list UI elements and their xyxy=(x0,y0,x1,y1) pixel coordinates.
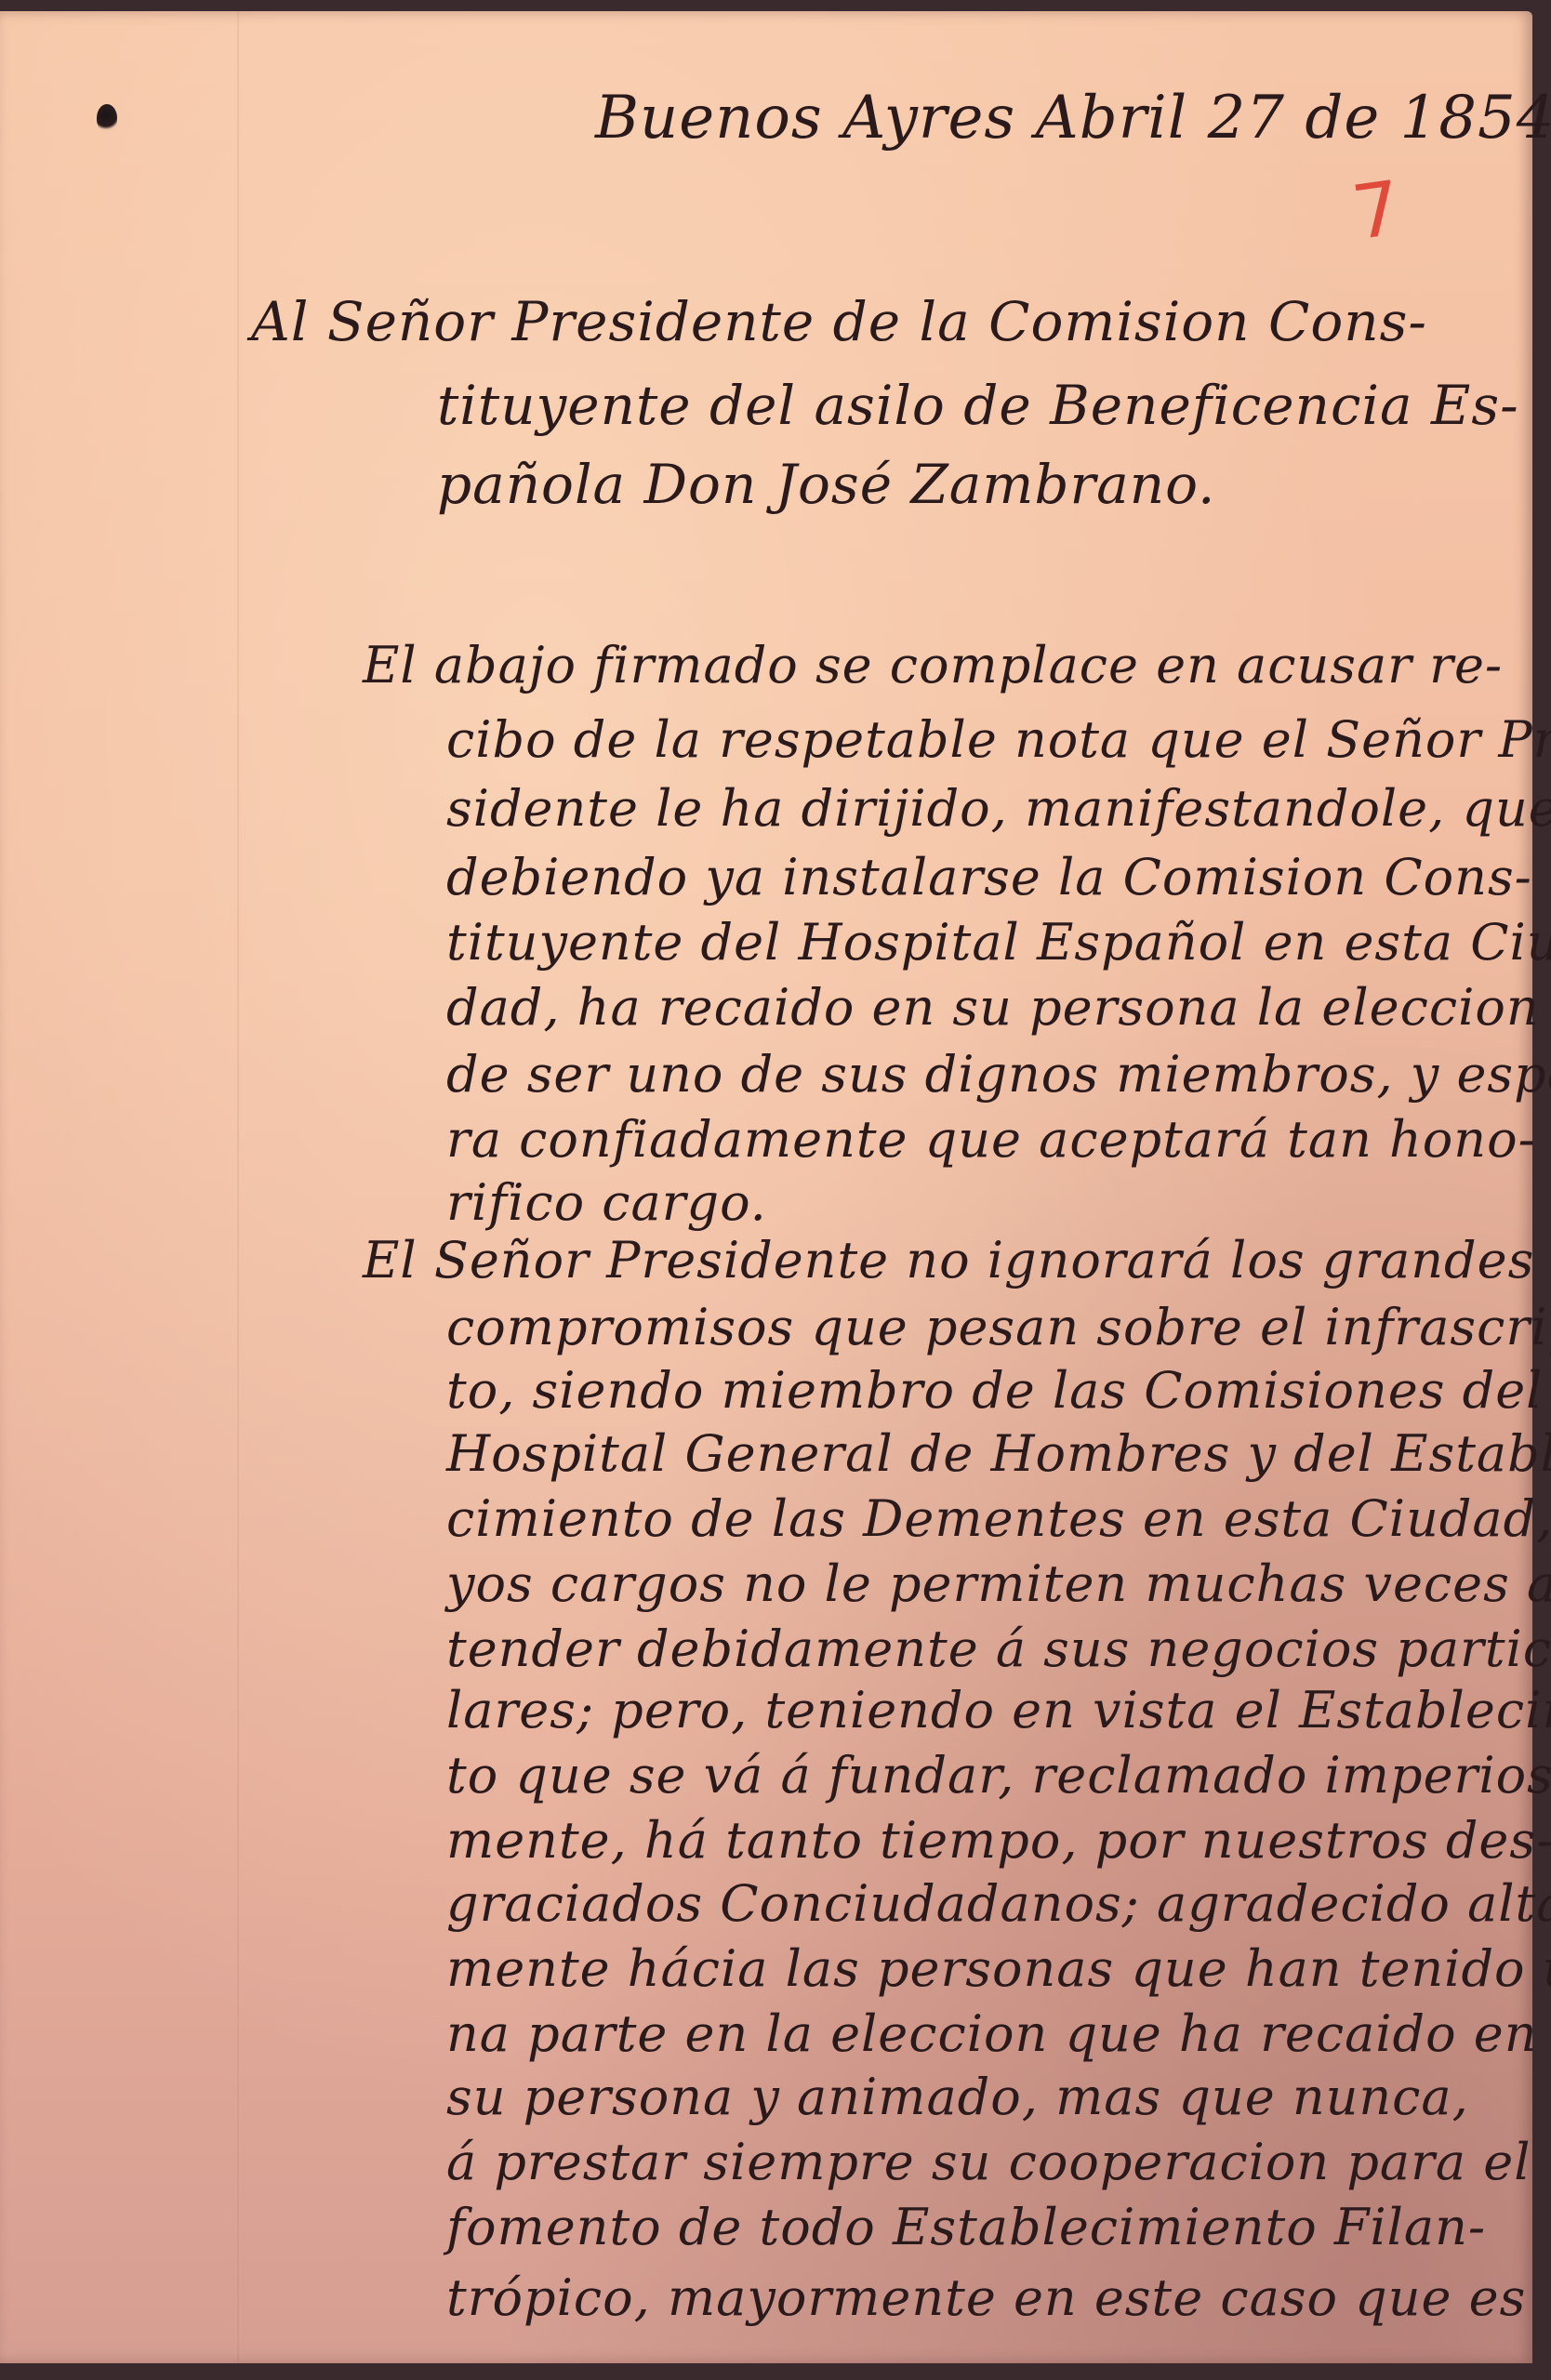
photo-background: Buenos Ayres Abril 27 de 1854 7 Al Señor… xyxy=(0,0,1551,2380)
body-line: dad, ha recaido en su persona la eleccio… xyxy=(446,978,1540,1037)
body-line: fomento de todo Establecimiento Filan- xyxy=(446,2198,1486,2256)
body-line: compromisos que pesan sobre el infrascri… xyxy=(446,1298,1551,1356)
body-line: na parte en la eleccion que ha recaido e… xyxy=(446,2004,1538,2063)
address-line: pañola Don José Zambrano. xyxy=(437,453,1215,516)
dateline: Buenos Ayres Abril 27 de 1854 xyxy=(595,84,1551,152)
body-line: lares; pero, teniendo en vista el Establ… xyxy=(446,1681,1551,1739)
body-line: to que se vá á fundar, reclamado imperio… xyxy=(446,1746,1551,1805)
body-line: su persona y animado, mas que nunca, xyxy=(446,2068,1469,2126)
body-line: cimiento de las Dementes en esta Ciudad,… xyxy=(446,1489,1551,1548)
address-line: Al Señor Presidente de la Comision Cons- xyxy=(251,290,1427,353)
paper-fold-line xyxy=(237,11,239,2363)
address-line: tituyente del asilo de Beneficencia Es- xyxy=(437,374,1519,437)
body-line: ra confiadamente que aceptará tan hono- xyxy=(446,1110,1536,1169)
body-line: graciados Conciudadanos; agradecido alta… xyxy=(446,1874,1551,1933)
body-line: El abajo firmado se complace en acusar r… xyxy=(363,636,1503,694)
body-line: cibo de la respetable nota que el Señor … xyxy=(446,710,1551,769)
folio-mark: 7 xyxy=(1347,165,1406,257)
body-line: mente hácia las personas que han tenido … xyxy=(446,1939,1551,1998)
body-line: tituyente del Hospital Español en esta C… xyxy=(446,913,1551,972)
body-line: yos cargos no le permiten muchas veces a… xyxy=(446,1554,1551,1613)
letter-page: Buenos Ayres Abril 27 de 1854 7 Al Señor… xyxy=(0,11,1532,2363)
body-line: trópico, mayormente en este caso que es xyxy=(446,2268,1526,2327)
body-line: to, siendo miembro de las Comisiones del xyxy=(446,1361,1543,1420)
body-line: El Señor Presidente no ignorará los gran… xyxy=(363,1231,1534,1289)
punch-hole xyxy=(97,104,117,132)
body-line: de ser uno de sus dignos miembros, y esp… xyxy=(446,1045,1551,1104)
body-line: tender debidamente á sus negocios partic… xyxy=(446,1620,1551,1678)
body-line: debiendo ya instalarse la Comision Cons- xyxy=(446,848,1532,906)
body-line: rifico cargo. xyxy=(446,1173,767,1232)
body-line: á prestar siempre su cooperacion para el xyxy=(446,2133,1531,2191)
body-line: sidente le ha dirijido, manifestandole, … xyxy=(446,779,1551,838)
body-line: Hospital General de Hombres y del Establ… xyxy=(446,1424,1551,1483)
body-line: mente, há tanto tiempo, por nuestros des… xyxy=(446,1811,1551,1870)
